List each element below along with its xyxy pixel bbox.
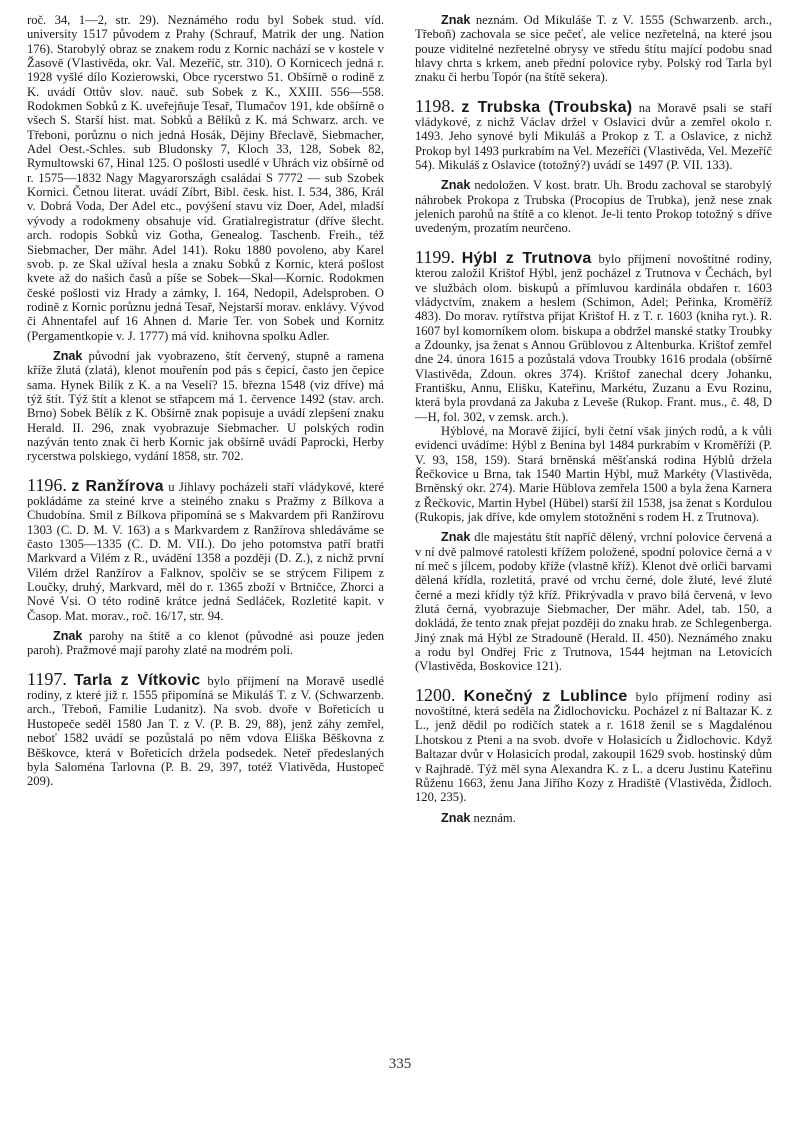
- entry-znak-paragraph: Znak neznám.: [415, 811, 772, 825]
- entry-name: z Ranžírova: [71, 478, 163, 495]
- znak-text: původní jak vyobrazeno, štít červený, st…: [27, 349, 384, 463]
- entry-znak-paragraph: Znak nedoložen. V kost. bratr. Uh. Brodu…: [415, 178, 772, 235]
- left-column: roč. 34, 1—2, str. 29). Neznámého rodu b…: [27, 13, 384, 789]
- entry-text: bylo příjmení na Moravě usedlé rodiny, z…: [27, 674, 384, 788]
- entry-znak-paragraph: Znak dle majestátu štít napříč dělený, v…: [415, 530, 772, 673]
- continuation-paragraph: roč. 34, 1—2, str. 29). Neznámého rodu b…: [27, 13, 384, 343]
- entry-number: 1196.: [27, 475, 67, 495]
- entry-1198: 1198. z Trubska (Troubska) na Moravě psa…: [415, 97, 772, 236]
- znak-label: Znak: [441, 811, 470, 825]
- entry-number: 1200.: [415, 685, 456, 705]
- znak-label: Znak: [441, 13, 470, 27]
- entry-1200: 1200. Konečný z Lublince bylo příjmení r…: [415, 686, 772, 825]
- znak-label: Znak: [441, 530, 470, 544]
- entry-text: u Jihlavy pocházeli staří vládykové, kte…: [27, 480, 384, 623]
- entry-text: bylo příjmení novoštítné rodiny, kterou …: [415, 252, 772, 424]
- entry-paragraph-2: Hýblové, na Moravě žijící, byli četní vš…: [415, 424, 772, 524]
- entry-text: bylo příjmení rodiny asi novoštítné, kte…: [415, 690, 772, 804]
- znak-label: Znak: [441, 178, 470, 192]
- znak-sobek-paragraph: Znak původní jak vyobrazeno, štít červen…: [27, 349, 384, 464]
- entry-1197: 1197. Tarla z Vítkovic bylo příjmení na …: [27, 670, 384, 789]
- znak-label: Znak: [53, 349, 82, 363]
- znak-text: neznám.: [470, 811, 515, 825]
- entry-name: Hýbl z Trutnova: [462, 250, 592, 267]
- entry-name: Konečný z Lublince: [464, 688, 628, 705]
- znak-text: dle majestátu štít napříč dělený, vrchní…: [415, 530, 772, 673]
- entry-1196: 1196. z Ranžírova u Jihlavy pocházeli st…: [27, 476, 384, 658]
- znak-tarla-paragraph: Znak neznám. Od Mikuláše T. z V. 1555 (S…: [415, 13, 772, 85]
- right-column: Znak neznám. Od Mikuláše T. z V. 1555 (S…: [415, 13, 772, 825]
- document-page: roč. 34, 1—2, str. 29). Neznámého rodu b…: [0, 0, 800, 1125]
- entry-number: 1197.: [27, 669, 67, 689]
- znak-label: Znak: [53, 629, 82, 643]
- entry-znak-paragraph: Znak parohy na štítě a co klenot (původn…: [27, 629, 384, 658]
- page-number: 335: [0, 1056, 800, 1073]
- entry-name: z Trubska (Troubska): [461, 99, 632, 116]
- entry-name: Tarla z Vítkovic: [74, 672, 200, 689]
- entry-number: 1198.: [415, 96, 455, 116]
- entry-1199: 1199. Hýbl z Trutnova bylo příjmení novo…: [415, 248, 772, 674]
- entry-number: 1199.: [415, 247, 455, 267]
